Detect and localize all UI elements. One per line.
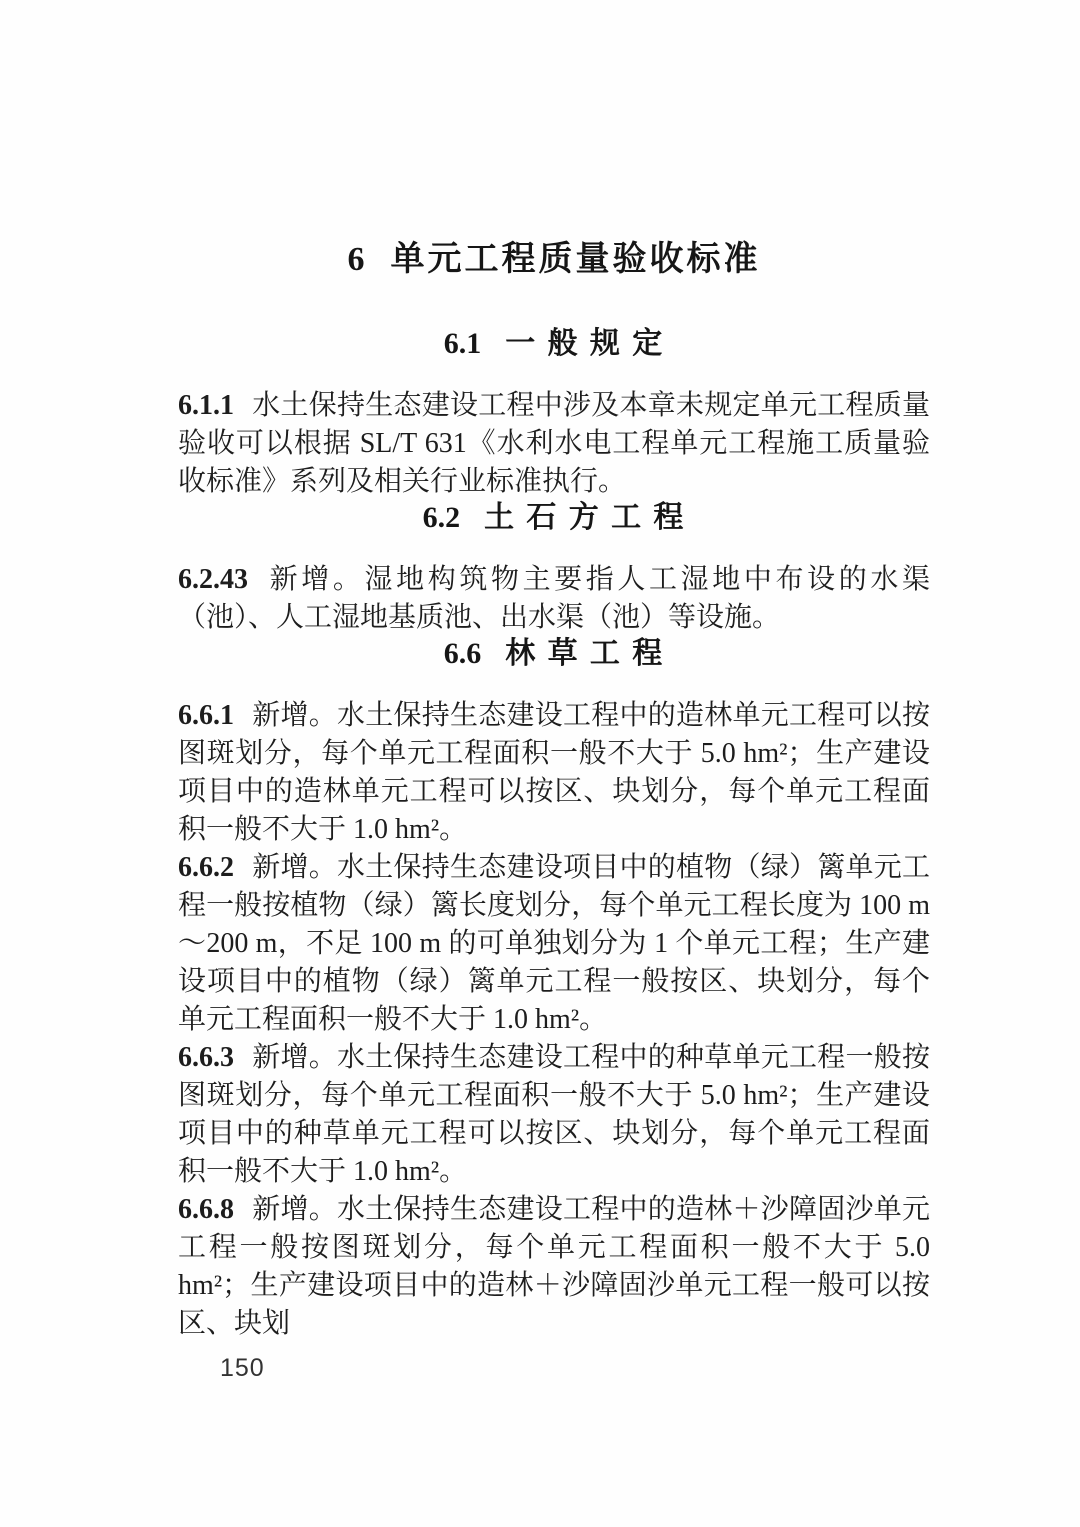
clause-number: 6.1.1: [178, 390, 234, 421]
clause-text: 水土保持生态建设工程中涉及本章未规定单元工程质量验收可以根据 SL/T 631《…: [178, 390, 930, 497]
clause-text: 新增。水土保持生态建设项目中的植物（绿）篱单元工程一般按植物（绿）篱长度划分，每…: [178, 852, 930, 1035]
section-heading-6-1: 6.1一 般 规 定: [178, 327, 930, 361]
clause-text: 新增。水土保持生态建设工程中的造林＋沙障固沙单元工程一般按图斑划分，每个单元工程…: [178, 1194, 930, 1339]
chapter-number: 6: [348, 241, 365, 278]
section-heading-6-6: 6.6林 草 工 程: [178, 637, 930, 671]
clause-6-1-1: 6.1.1水土保持生态建设工程中涉及本章未规定单元工程质量验收可以根据 SL/T…: [178, 387, 930, 501]
chapter-heading: 6单元工程质量验收标准: [178, 240, 930, 279]
section-title: 一 般 规 定: [505, 327, 664, 360]
clause-number: 6.6.3: [178, 1042, 234, 1073]
section-6-2: 6.2土 石 方 工 程 6.2.43新增。湿地构筑物主要指人工湿地中布设的水渠…: [178, 501, 930, 637]
section-6-6: 6.6林 草 工 程 6.6.1新增。水土保持生态建设工程中的造林单元工程可以按…: [178, 637, 930, 1343]
section-title: 土 石 方 工 程: [484, 501, 685, 534]
section-title: 林 草 工 程: [505, 637, 664, 670]
clause-number: 6.6.2: [178, 852, 234, 883]
page-content: 6单元工程质量验收标准 6.1一 般 规 定 6.1.1水土保持生态建设工程中涉…: [178, 240, 930, 1343]
clause-number: 6.6.8: [178, 1194, 234, 1225]
clause-6-6-1: 6.6.1新增。水土保持生态建设工程中的造林单元工程可以按图斑划分，每个单元工程…: [178, 697, 930, 849]
section-number: 6.1: [444, 327, 482, 360]
clause-6-6-3: 6.6.3新增。水土保持生态建设工程中的种草单元工程一般按图斑划分，每个单元工程…: [178, 1039, 930, 1191]
clause-text: 新增。水土保持生态建设工程中的造林单元工程可以按图斑划分，每个单元工程面积一般不…: [178, 700, 930, 845]
section-heading-6-2: 6.2土 石 方 工 程: [178, 501, 930, 535]
clause-6-2-43: 6.2.43新增。湿地构筑物主要指人工湿地中布设的水渠（池）、人工湿地基质池、出…: [178, 561, 930, 637]
page-number: 150: [220, 1354, 265, 1383]
clause-6-6-2: 6.6.2新增。水土保持生态建设项目中的植物（绿）篱单元工程一般按植物（绿）篱长…: [178, 849, 930, 1039]
section-number: 6.6: [444, 637, 482, 670]
clause-text: 新增。湿地构筑物主要指人工湿地中布设的水渠（池）、人工湿地基质池、出水渠（池）等…: [178, 564, 930, 633]
section-6-1: 6.1一 般 规 定 6.1.1水土保持生态建设工程中涉及本章未规定单元工程质量…: [178, 327, 930, 501]
chapter-title: 单元工程质量验收标准: [391, 240, 761, 278]
clause-number: 6.6.1: [178, 700, 234, 731]
section-number: 6.2: [423, 501, 461, 534]
clause-number: 6.2.43: [178, 564, 248, 595]
clause-text: 新增。水土保持生态建设工程中的种草单元工程一般按图斑划分，每个单元工程面积一般不…: [178, 1042, 930, 1187]
document-page: 6单元工程质量验收标准 6.1一 般 规 定 6.1.1水土保持生态建设工程中涉…: [0, 0, 1080, 1527]
clause-6-6-8: 6.6.8新增。水土保持生态建设工程中的造林＋沙障固沙单元工程一般按图斑划分，每…: [178, 1191, 930, 1343]
